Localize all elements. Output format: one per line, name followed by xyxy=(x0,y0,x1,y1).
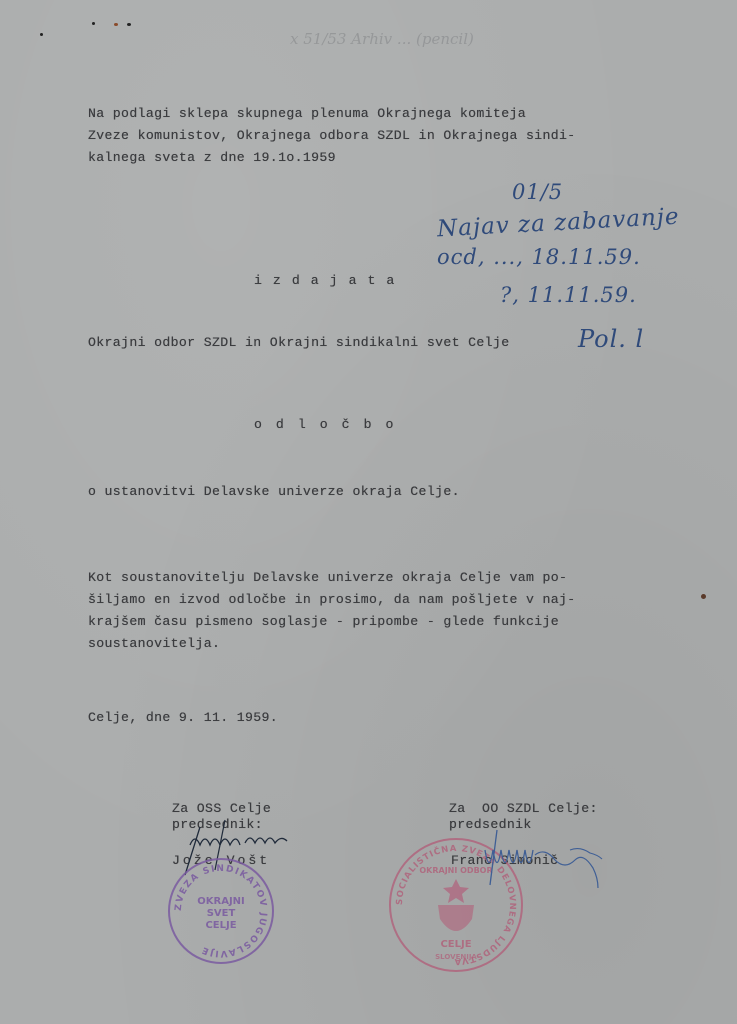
svg-text:CELJE: CELJE xyxy=(205,920,236,931)
annotation-line-1: Najav za zabavanje xyxy=(436,204,680,243)
verb-heading: izdajata xyxy=(254,271,405,292)
right-handwritten-signature xyxy=(475,825,625,905)
preamble-line-3: kalnega sveta z dne 19.1o.1959 xyxy=(88,148,336,169)
rust-speck xyxy=(114,23,118,26)
annotation-initials: Pol. l xyxy=(578,325,644,353)
issuers-line: Okrajni odbor SZDL in Okrajni sindikalni… xyxy=(88,333,509,354)
preamble-line-2: Zveze komunistov, Okrajnega odbora SZDL … xyxy=(88,126,576,147)
left-official-stamp: ZVEZA SINDIKATOV JUGOSLAVIJE OKRAJNI SVE… xyxy=(166,856,276,966)
annotation-reference: 01/5 xyxy=(512,180,563,204)
ink-speck xyxy=(92,22,95,25)
svg-text:CELJE: CELJE xyxy=(440,939,471,950)
svg-text:SVET: SVET xyxy=(207,908,236,919)
annotation-line-2: ocd, ..., 18.11.59. xyxy=(437,245,641,269)
annotation-line-3: ?, 11.11.59. xyxy=(500,283,637,307)
place-date: Celje, dne 9. 11. 1959. xyxy=(88,708,278,729)
body-line-1: Kot soustanovitelju Delavske univerze ok… xyxy=(88,568,567,589)
subject-line: o ustanovitvi Delavske univerze okraja C… xyxy=(88,482,460,503)
decision-heading: odločbo xyxy=(254,415,407,436)
svg-text:SLOVENIJA: SLOVENIJA xyxy=(435,953,477,961)
ink-speck xyxy=(40,33,43,36)
body-line-2: šiljamo en izvod odločbe in prosimo, da … xyxy=(88,590,576,611)
body-line-3: krajšem času pismeno soglasje - pripombe… xyxy=(88,612,559,633)
preamble-line-1: Na podlagi sklepa skupnega plenuma Okraj… xyxy=(88,104,526,125)
ink-speck xyxy=(127,23,131,26)
pencil-archive-note: x 51/53 Arhiv ... (pencil) xyxy=(290,30,474,48)
rust-speck xyxy=(701,594,706,599)
document-page: x 51/53 Arhiv ... (pencil) Na podlagi sk… xyxy=(0,0,737,1024)
svg-text:OKRAJNI: OKRAJNI xyxy=(197,896,245,907)
body-line-4: soustanovitelja. xyxy=(88,634,220,655)
